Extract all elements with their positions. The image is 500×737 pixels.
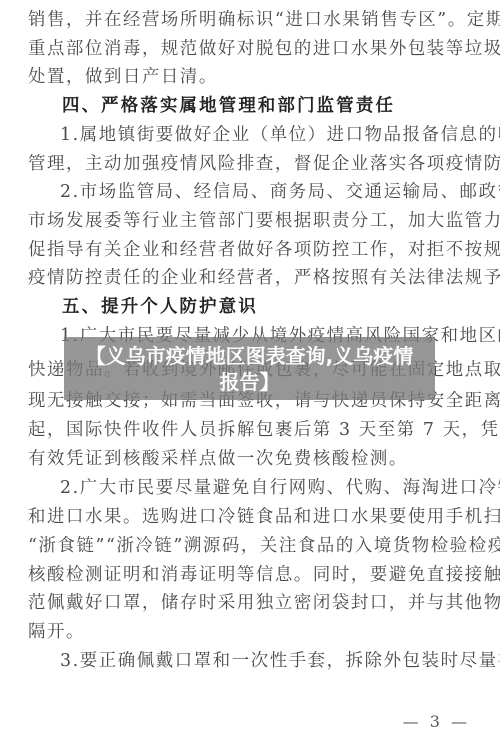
text-line: 范佩戴好口罩，储存时采用独立密闭袋封口，并与其他物品相对 — [28, 593, 474, 613]
text-line: 处置，做到日产日清。 — [28, 67, 474, 87]
overlay-title: 【义乌市疫情地区图表查询,义乌疫情报告】 — [80, 343, 420, 395]
text-line: 管理，主动加强疫情风险排查，督促企业落实各项疫情防控措施。 — [28, 154, 474, 174]
section-heading-5: 五、提升个人防护意识 — [62, 297, 500, 317]
text-line: 有效凭证到核酸采样点做一次免费核酸检测。 — [28, 449, 474, 469]
text-line: 2.市场监管局、经信局、商务局、交通运输局、邮政管理局、 — [60, 182, 474, 202]
document-page: 销售，并在经营场所明确标识“进口水果销售专区”。定期开展 重点部位消毒，规范做好… — [0, 0, 500, 737]
title-overlay: 【义乌市疫情地区图表查询,义乌疫情报告】 — [64, 337, 435, 400]
text-line: 隔开。 — [28, 622, 474, 642]
text-line: 和进口水果。选购进口冷链食品和进口水果要使用手机扫一扫 — [28, 507, 474, 527]
text-line: 销售，并在经营场所明确标识“进口水果销售专区”。定期开展 — [28, 10, 474, 30]
section-heading-4: 四、严格落实属地管理和部门监管责任 — [62, 96, 500, 116]
page-number: — 3 — — [403, 712, 470, 731]
text-line: 促指导有关企业和经营者做好各项防控工作，对拒不按规定履行 — [28, 240, 474, 260]
text-line: 1.属地镇街要做好企业（单位）进口物品报备信息的收集和 — [60, 125, 474, 145]
text-line: 2.广大市民要尽量避免自行网购、代购、海淘进口冷链食品 — [60, 478, 474, 498]
text-line: 重点部位消毒，规范做好对脱包的进口水果外包装等垃圾的消毒 — [28, 39, 474, 59]
text-line: 起，国际快件收件人员拆解包裹后第 3 天至第 7 天，凭收件单等 — [28, 420, 474, 440]
text-line: 核酸检测证明和消毒证明等信息。同时，要避免直接接触，并规 — [28, 565, 474, 585]
text-line: 疫情防控责任的企业和经营者，严格按照有关法律法规予以处罚。 — [28, 268, 474, 288]
text-line: 3.要正确佩戴口罩和一次性手套，拆除外包装时尽量在户外 — [60, 651, 474, 671]
text-line: 市场发展委等行业主管部门要根据职责分工，加大监管力度，督 — [28, 211, 474, 231]
text-line: “浙食链”“浙冷链”溯源码，关注食品的入境货物检验检疫证明、 — [28, 536, 474, 556]
